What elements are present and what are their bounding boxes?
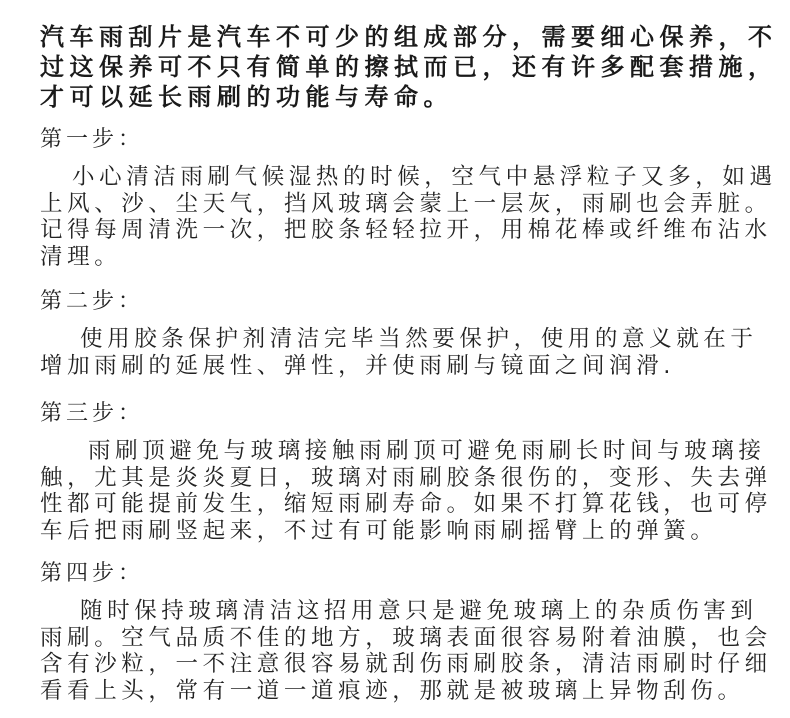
paragraph-line: 记得每周清洗一次，把胶条轻轻拉开，用棉花棒或纤维布沾水: [40, 217, 770, 244]
paragraph-line: 性都可能提前发生，缩短雨刷寿命。如果不打算花钱，也可停: [40, 491, 770, 518]
intro-line: 汽车雨刮片是汽车不可少的组成部分，需要细心保养，不: [40, 22, 778, 52]
step-section-4: 第四步： 随时保持玻璃清洁这招用意只是避免玻璃上的杂质伤害到 雨刷。空气品质不佳…: [40, 560, 770, 704]
step-heading: 第一步：: [40, 126, 770, 154]
step-paragraph: 使用胶条保护剂清洁完毕当然要保护，使用的意义就在于 增加雨刷的延展性、弹性，并使…: [40, 326, 770, 379]
step-section-1: 第一步： 小心清洁雨刷气候湿热的时候，空气中悬浮粒子又多，如遇 上风、沙、尘天气…: [40, 126, 770, 270]
paragraph-line: 雨刷顶避免与玻璃接触雨刷顶可避免雨刷长时间与玻璃接: [40, 438, 770, 465]
intro-line: 过这保养可不只有简单的擦拭而已，还有许多配套措施，: [40, 52, 778, 82]
step-heading: 第四步：: [40, 560, 770, 588]
step-paragraph: 随时保持玻璃清洁这招用意只是避免玻璃上的杂质伤害到 雨刷。空气品质不佳的地方，玻…: [40, 598, 770, 704]
paragraph-line: 清理。: [40, 244, 770, 271]
step-paragraph: 雨刷顶避免与玻璃接触雨刷顶可避免雨刷长时间与玻璃接 触，尤其是炎炎夏日，玻璃对雨…: [40, 438, 770, 544]
paragraph-line: 车后把雨刷竖起来，不过有可能影响雨刷摇臂上的弹簧。: [40, 518, 770, 545]
intro-paragraph: 汽车雨刮片是汽车不可少的组成部分，需要细心保养，不 过这保养可不只有简单的擦拭而…: [40, 22, 778, 112]
intro-line: 才可以延长雨刷的功能与寿命。: [40, 82, 778, 112]
paragraph-line: 含有沙粒，一不注意很容易就刮伤雨刷胶条，清洁雨刷时仔细: [40, 651, 770, 678]
paragraph-line: 触，尤其是炎炎夏日，玻璃对雨刷胶条很伤的，变形、失去弹: [40, 465, 770, 492]
step-section-3: 第三步： 雨刷顶避免与玻璃接触雨刷顶可避免雨刷长时间与玻璃接 触，尤其是炎炎夏日…: [40, 400, 770, 544]
paragraph-line: 随时保持玻璃清洁这招用意只是避免玻璃上的杂质伤害到: [40, 598, 770, 625]
step-heading: 第三步：: [40, 400, 770, 428]
step-paragraph: 小心清洁雨刷气候湿热的时候，空气中悬浮粒子又多，如遇 上风、沙、尘天气，挡风玻璃…: [40, 164, 770, 270]
step-section-2: 第二步： 使用胶条保护剂清洁完毕当然要保护，使用的意义就在于 增加雨刷的延展性、…: [40, 288, 770, 379]
paragraph-line: 看看上头，常有一道一道痕迹，那就是被玻璃上异物刮伤。: [40, 678, 770, 705]
paragraph-line: 上风、沙、尘天气，挡风玻璃会蒙上一层灰，雨刷也会弄脏。: [40, 191, 770, 218]
paragraph-line: 增加雨刷的延展性、弹性，并使雨刷与镜面之间润滑.: [40, 353, 770, 380]
paragraph-line: 小心清洁雨刷气候湿热的时候，空气中悬浮粒子又多，如遇: [40, 164, 770, 191]
paragraph-line: 雨刷。空气品质不佳的地方，玻璃表面很容易附着油膜，也会: [40, 625, 770, 652]
step-heading: 第二步：: [40, 288, 770, 316]
paragraph-line: 使用胶条保护剂清洁完毕当然要保护，使用的意义就在于: [40, 326, 770, 353]
